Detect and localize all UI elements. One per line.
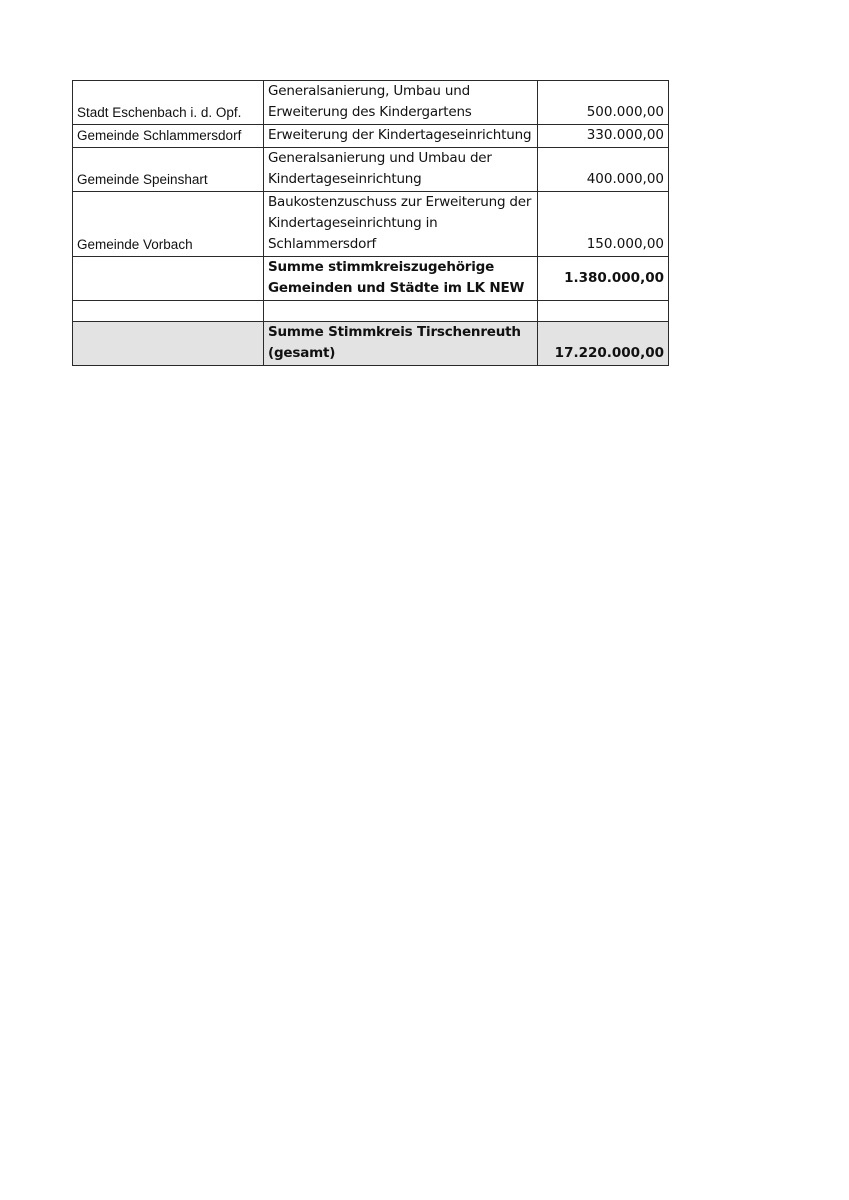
grand-total-label: Summe Stimmkreis Tirschenreuth (gesamt) [264,322,538,366]
description-cell: Generalsanierung und Umbau der Kindertag… [264,148,538,192]
municipality-cell: Gemeinde Schlammersdorf [73,125,264,148]
amount-cell: 500.000,00 [538,81,669,125]
amount-cell: 400.000,00 [538,148,669,192]
spacer-row [73,301,669,322]
grand-total-row: Summe Stimmkreis Tirschenreuth (gesamt) … [73,322,669,366]
municipality-cell: Stadt Eschenbach i. d. Opf. [73,81,264,125]
subtotal-amount: 1.380.000,00 [538,257,669,301]
empty-cell [264,301,538,322]
funding-table: Stadt Eschenbach i. d. Opf. Generalsanie… [72,80,669,366]
table-row: Gemeinde Speinshart Generalsanierung und… [73,148,669,192]
amount-cell: 330.000,00 [538,125,669,148]
amount-cell: 150.000,00 [538,192,669,257]
empty-cell [73,301,264,322]
table-row: Gemeinde Schlammersdorf Erweiterung der … [73,125,669,148]
table-row: Stadt Eschenbach i. d. Opf. Generalsanie… [73,81,669,125]
description-cell: Erweiterung der Kindertageseinrichtung [264,125,538,148]
description-cell: Baukostenzuschuss zur Erweiterung der Ki… [264,192,538,257]
table-row: Gemeinde Vorbach Baukostenzuschuss zur E… [73,192,669,257]
municipality-cell [73,322,264,366]
municipality-cell: Gemeinde Vorbach [73,192,264,257]
municipality-cell [73,257,264,301]
subtotal-label: Summe stimmkreiszugehörige Gemeinden und… [264,257,538,301]
grand-total-amount: 17.220.000,00 [538,322,669,366]
description-cell: Generalsanierung, Umbau und Erweiterung … [264,81,538,125]
subtotal-row: Summe stimmkreiszugehörige Gemeinden und… [73,257,669,301]
empty-cell [538,301,669,322]
municipality-cell: Gemeinde Speinshart [73,148,264,192]
